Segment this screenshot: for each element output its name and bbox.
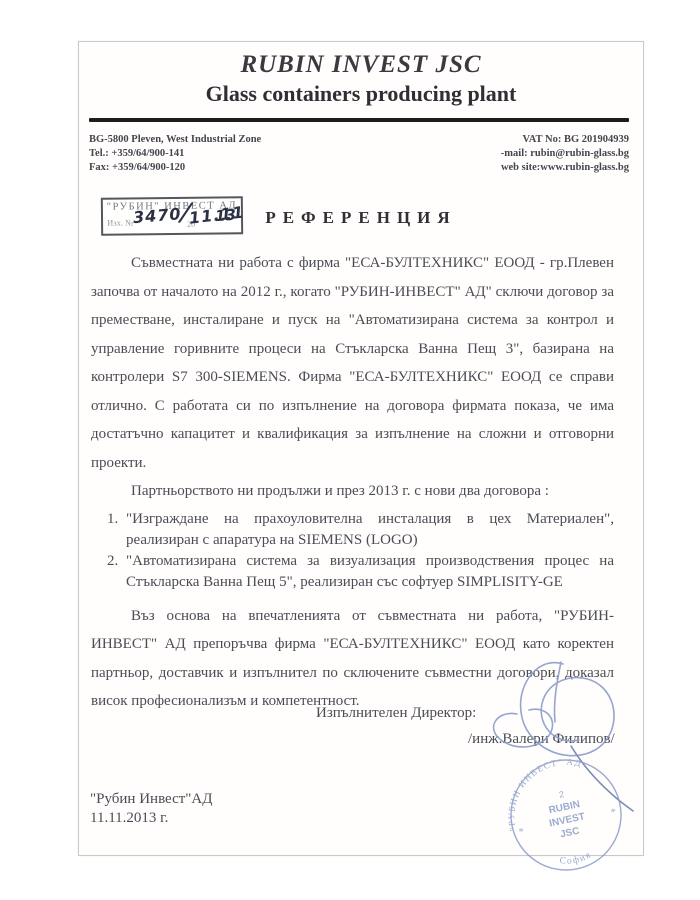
list-item: 2. "Автоматизирана система за визуализац… <box>107 551 614 593</box>
footer-date: 11.11.2013 г. <box>90 809 213 828</box>
contact-email: -mail: rubin@rubin-glass.bg <box>501 147 629 161</box>
paragraph-1: Съвместната ни работа с фирма "ЕСА-БУЛТЕ… <box>91 249 614 477</box>
registration-stamp-number-row: Изх. № 20 3470 / 11.11 13 <box>103 211 241 232</box>
handwritten-year: 13 <box>214 206 236 225</box>
paragraph-3: Въз основа на впечатленията от съвместна… <box>91 602 614 716</box>
contact-left: BG-5800 Pleven, West Industrial Zone Tel… <box>89 133 261 175</box>
seal-center-line: JSC <box>559 826 580 841</box>
footer-block: "Рубин Инвест"АД 11.11.2013 г. <box>90 790 213 828</box>
outgoing-number-label: Изх. № <box>107 217 133 227</box>
seal-star-left: * <box>518 826 525 838</box>
company-subtitle: Glass containers producing plant <box>79 81 643 107</box>
contact-right: VAT No: BG 201904939 -mail: rubin@rubin-… <box>501 133 629 175</box>
registration-stamp-box: "РУБИН" ИНВЕСТ АД Изх. № 20 3470 / 11.11… <box>101 196 243 235</box>
letter-body: Съвместната ни работа с фирма "ЕСА-БУЛТЕ… <box>91 249 614 716</box>
handwritten-outgoing-number: 3470 <box>132 204 182 227</box>
seal-center-line: INVEST <box>548 811 586 829</box>
list-item-text: "Изграждане на прахоуловителна инсталаци… <box>126 509 614 551</box>
contact-address: BG-5800 Pleven, West Industrial Zone <box>89 133 261 147</box>
company-name: RUBIN INVEST JSC <box>79 51 643 79</box>
contact-fax: Fax: +359/64/900-120 <box>89 161 261 175</box>
paragraph-2: Партньорството ни продължи и през 2013 г… <box>91 477 614 506</box>
header-rule <box>89 118 629 122</box>
svg-text:"РУБИН ИНВЕСТ" АД: "РУБИН ИНВЕСТ" АД <box>495 752 594 832</box>
scanned-letter-canvas: RUBIN INVEST JSC Glass containers produc… <box>0 0 700 900</box>
footer-company: "Рубин Инвест"АД <box>90 790 213 809</box>
list-item: 1. "Изграждане на прахоуловителна инстал… <box>107 509 614 551</box>
list-item-text: "Автоматизирана система за визуализация … <box>126 551 614 593</box>
contact-tel: Tel.: +359/64/900-141 <box>89 147 261 161</box>
signature-role-label: Изпълнителен Директор: <box>316 705 476 722</box>
document-page: RUBIN INVEST JSC Glass containers produc… <box>78 41 644 856</box>
company-seal: "РУБИН ИНВЕСТ" АД София 2 RUBIN INVEST J… <box>495 740 637 890</box>
list-item-number: 2. <box>107 551 126 593</box>
letterhead: RUBIN INVEST JSC Glass containers produc… <box>79 42 643 122</box>
contact-website: web site:www.rubin-glass.bg <box>501 161 629 175</box>
signature-name: /инж.Валери Филипов/ <box>468 731 615 748</box>
seal-center-line: RUBIN <box>548 799 581 816</box>
contact-vat: VAT No: BG 201904939 <box>501 133 629 147</box>
contact-block: BG-5800 Pleven, West Industrial Zone Tel… <box>89 133 629 175</box>
list-item-number: 1. <box>107 509 126 551</box>
contracts-list: 1. "Изграждане на прахоуловителна инстал… <box>107 509 614 593</box>
seal-arc-bottom-text: София <box>557 849 594 869</box>
seal-star-right: * <box>610 807 617 819</box>
seal-arc-top-text: "РУБИН ИНВЕСТ" АД <box>495 752 594 832</box>
seal-center-number: 2 <box>558 789 565 800</box>
svg-text:София: София <box>557 849 594 869</box>
